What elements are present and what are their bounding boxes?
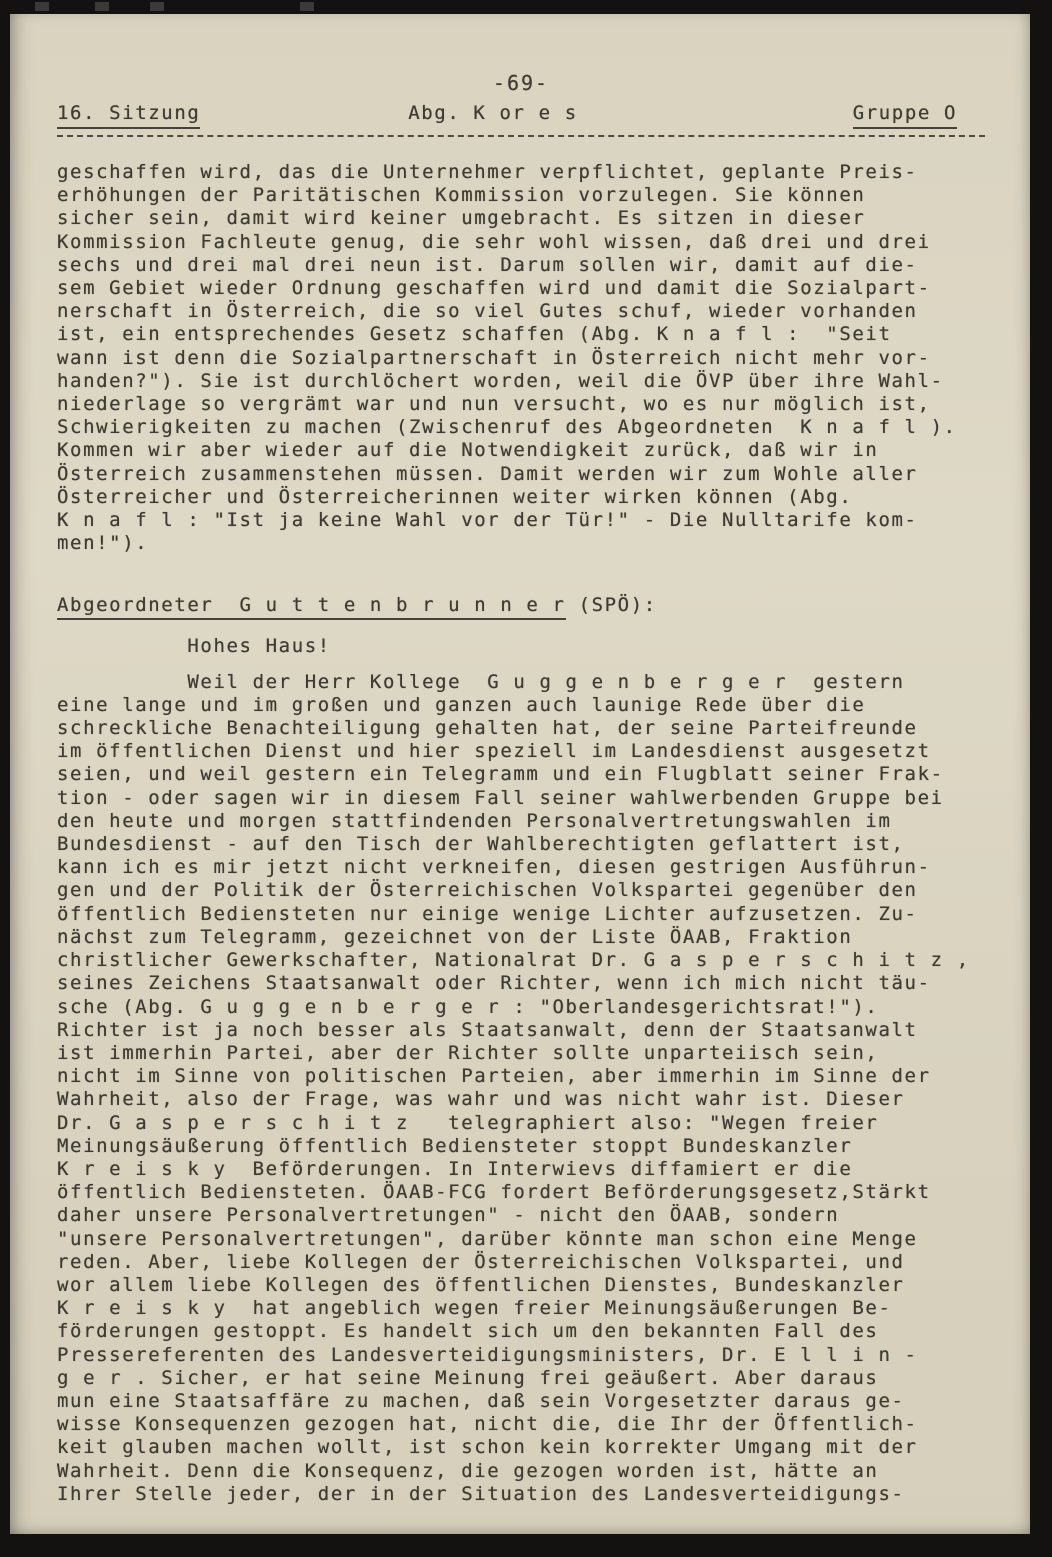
text-line: kann ich es mir jetzt nicht verkneifen, … — [57, 856, 985, 879]
text-line: Wahrheit. Denn die Konsequenz, die gezog… — [57, 1460, 985, 1483]
text-line: nicht im Sinne von politischen Parteien,… — [57, 1065, 985, 1088]
text-line: Richter ist ja noch besser als Staatsanw… — [57, 1019, 985, 1042]
text-line: Kommission Fachleute genug, die sehr woh… — [57, 231, 985, 254]
text-line: sche (Abg. G u g g e n b e r g e r : "Ob… — [57, 996, 985, 1019]
text-line: christlicher Gewerkschafter, Nationalrat… — [57, 949, 985, 972]
text-line: sicher sein, damit wird keiner umgebrach… — [57, 207, 985, 230]
text-line: ist, ein entsprechendes Gesetz schaffen … — [57, 323, 985, 346]
text-line: sechs und drei mal drei neun ist. Darum … — [57, 254, 985, 277]
header-group-label: Gruppe O — [853, 103, 957, 129]
document-page: -69- 16. Sitzung Abg. K or e s Gruppe O … — [10, 14, 1030, 1534]
scan-edge-mark — [300, 2, 314, 11]
text-line: keit glauben machen wollt, ist schon kei… — [57, 1436, 985, 1459]
text-line: öffentlich Bediensteten nur einige wenig… — [57, 903, 985, 926]
text-line: Meinungsäußerung öffentlich Bediensteter… — [57, 1135, 985, 1158]
scanned-document-page: { "page": { "number": "-69-", "header": … — [0, 0, 1052, 1557]
text-line: erhöhungen der Paritätischen Kommission … — [57, 184, 985, 207]
text-line: K n a f l : "Ist ja keine Wahl vor der T… — [57, 509, 985, 532]
header-session-label: 16. Sitzung — [57, 103, 200, 129]
speaker-party: (SPÖ): — [566, 594, 657, 616]
text-line: geschaffen wird, das die Unternehmer ver… — [57, 161, 985, 184]
text-line: im öffentlichen Dienst und hier speziell… — [57, 740, 985, 763]
text-line: K r e i s k y Beförderungen. In Interwie… — [57, 1158, 985, 1181]
text-line: Weil der Herr Kollege G u g g e n b e r … — [57, 671, 985, 694]
text-line: Österreich zusammenstehen müssen. Damit … — [57, 463, 985, 486]
text-line: Wahrheit, also der Frage, was wahr und w… — [57, 1088, 985, 1111]
text-line: förderungen gestoppt. Es handelt sich um… — [57, 1320, 985, 1343]
text-line: niederlage so vergrämt war und nun versu… — [57, 393, 985, 416]
text-line: Bundesdienst - auf den Tisch der Wahlber… — [57, 833, 985, 856]
text-line: gen und der Politik der Österreichischen… — [57, 879, 985, 902]
header-speaker-label: Abg. K or e s — [408, 103, 578, 124]
text-line: schreckliche Benachteiligung gehalten ha… — [57, 717, 985, 740]
text-line: wor allem liebe Kollegen des öffentliche… — [57, 1274, 985, 1297]
speaker-heading: Abgeordneter G u t t e n b r u n n e r (… — [57, 593, 985, 617]
scan-edge-mark — [150, 2, 164, 11]
text-line: nächst zum Telegramm, gezeichnet von der… — [57, 926, 985, 949]
text-line: Schwierigkeiten zu machen (Zwischenruf d… — [57, 416, 985, 439]
page-number: -69- — [57, 14, 985, 95]
paragraph-speech: Weil der Herr Kollege G u g g e n b e r … — [57, 671, 985, 1506]
text-line: sem Gebiet wieder Ordnung geschaffen wir… — [57, 277, 985, 300]
salutation-line: Hohes Haus! — [57, 635, 985, 658]
paragraph-continuation: geschaffen wird, das die Unternehmer ver… — [57, 161, 985, 555]
text-line: Kommen wir aber wieder auf die Notwendig… — [57, 439, 985, 462]
speaker-name: Abgeordneter G u t t e n b r u n n e r — [57, 594, 566, 620]
running-header: 16. Sitzung Abg. K or e s Gruppe O — [57, 103, 985, 137]
text-line: seien, und weil gestern ein Telegramm un… — [57, 763, 985, 786]
text-line: Pressereferenten des Landesverteidigungs… — [57, 1344, 985, 1367]
text-line: den heute und morgen stattfindenden Pers… — [57, 810, 985, 833]
text-line: wisse Konsequenzen gezogen hat, nicht di… — [57, 1413, 985, 1436]
text-line: ist immerhin Partei, aber der Richter so… — [57, 1042, 985, 1065]
text-line: reden. Aber, liebe Kollegen der Österrei… — [57, 1251, 985, 1274]
text-line: nerschaft in Österreich, die so viel Gut… — [57, 300, 985, 323]
text-line: K r e i s k y hat angeblich wegen freier… — [57, 1297, 985, 1320]
text-line: handen?"). Sie ist durchlöchert worden, … — [57, 370, 985, 393]
text-line: tion - oder sagen wir in diesem Fall sei… — [57, 787, 985, 810]
text-line: men!"). — [57, 532, 985, 555]
text-line: g e r . Sicher, er hat seine Meinung fre… — [57, 1367, 985, 1390]
text-line: Dr. G a s p e r s c h i t z telegraphier… — [57, 1112, 985, 1135]
scan-edge-mark — [35, 2, 49, 11]
text-line: öffentlich Bediensteten. ÖAAB-FCG forder… — [57, 1181, 985, 1204]
text-line: "unsere Personalvertretungen", darüber k… — [57, 1228, 985, 1251]
text-line: seines Zeichens Staatsanwalt oder Richte… — [57, 972, 985, 995]
text-line: mun eine Staatsaffäre zu machen, daß sei… — [57, 1390, 985, 1413]
text-line: wann ist denn die Sozialpartnerschaft in… — [57, 347, 985, 370]
text-line: Ihrer Stelle jeder, der in der Situation… — [57, 1483, 985, 1506]
scan-edge-mark — [95, 2, 109, 11]
text-line: daher unsere Personalvertretungen" - nic… — [57, 1204, 985, 1227]
text-line: Österreicher und Österreicherinnen weite… — [57, 486, 985, 509]
text-line: eine lange und im großen und ganzen auch… — [57, 694, 985, 717]
